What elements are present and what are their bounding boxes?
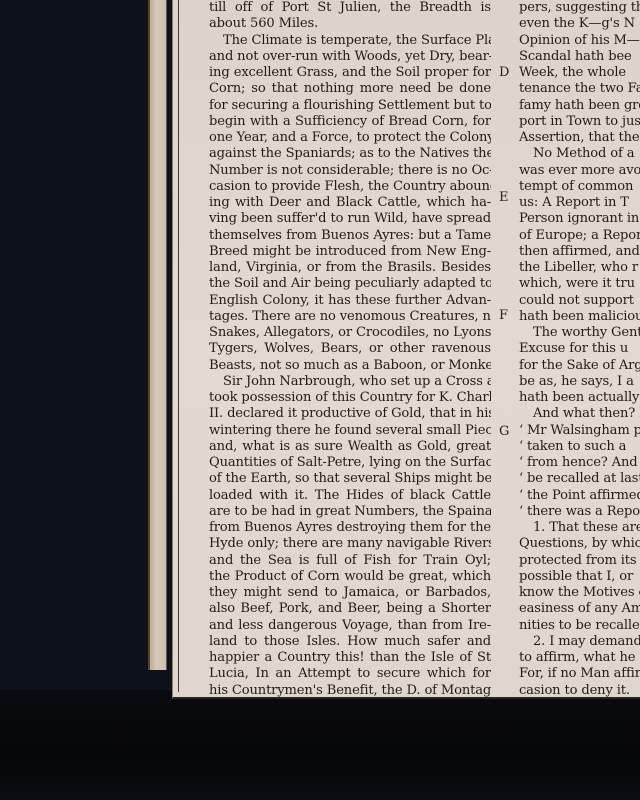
text-line: Breed might be introduced from New Eng- (209, 244, 491, 260)
text-line: Number is not considerable; there is no … (209, 163, 491, 179)
text-line: to affirm, what he c (519, 650, 640, 666)
margin-marker-d: D (499, 65, 509, 80)
text-line: tempt of common (519, 179, 640, 195)
text-line: ‘ there was a Report (519, 504, 640, 520)
margin-marker-g: G (499, 424, 509, 439)
text-line: from Buenos Ayres destroying them for th… (209, 520, 491, 536)
margin-marker-f: F (499, 308, 508, 323)
text-line: tages. There are no venomous Creatures, … (209, 309, 491, 325)
text-line: ‘ taken to such a (519, 439, 640, 455)
text-line: ‘ from hence? And (519, 455, 640, 471)
text-line: the Product of Corn would be great, whic… (209, 569, 491, 585)
text-line: hath been maliciousl (519, 309, 640, 325)
text-line: For, if no Man affir (519, 666, 640, 682)
text-line: of the Earth, so that several Ships migh… (209, 471, 491, 487)
text-line: English Colony, it has these further Adv… (209, 293, 491, 309)
text-line: loaded with it. The Hides of black Cattl… (209, 488, 491, 504)
text-line: themselves from Buenos Ayres: but a Tame (209, 228, 491, 244)
text-line: and, what is as sure Wealth as Gold, gre… (209, 439, 491, 455)
text-line: about 560 Miles. (209, 16, 491, 32)
text-line: 2. I may demand o (519, 634, 640, 650)
text-line: his Countrymen's Benefit, the D. of Mont… (209, 683, 491, 699)
text-line: protected from its d (519, 553, 640, 569)
text-line: possible that I, or (519, 569, 640, 585)
text-line: wintering there he found several small P… (209, 423, 491, 439)
newspaper-page: till off of Port St Julien, the Breadth … (172, 0, 640, 699)
text-line: Snakes, Allegators, or Crocodiles, no Ly… (209, 325, 491, 341)
text-line: ing with Deer and Black Cattle, which ha… (209, 195, 491, 211)
text-line: hath been actually re (519, 390, 640, 406)
dark-background (0, 690, 640, 800)
text-line: Sir John Narbrough, who set up a Cross a… (209, 374, 491, 390)
text-line: Beasts, not so much as a Baboon, or Monk… (209, 358, 491, 374)
text-line: be as, he says, I a (519, 374, 640, 390)
text-line: land to those Isles. How much safer and (209, 634, 491, 650)
text-line: of Europe; a Report (519, 228, 640, 244)
text-line: Questions, by whic (519, 536, 640, 552)
text-line: Corn; so that nothing more need be done (209, 81, 491, 97)
text-line: the Libeller, who r (519, 260, 640, 276)
text-line: pers, suggesting th (519, 0, 640, 16)
text-line: Excuse for this u (519, 341, 640, 357)
text-line: know the Motives of (519, 585, 640, 601)
text-line: And what then? I (519, 406, 640, 422)
text-line: The worthy Gentl (519, 325, 640, 341)
text-line: also Beef, Pork, and Beer, being a Short… (209, 601, 491, 617)
text-line: easiness of any Amb (519, 601, 640, 617)
text-line: the Soil and Air being peculiarly adapte… (209, 276, 491, 292)
text-line: for the Sake of Arg (519, 358, 640, 374)
text-line: and the Sea is full of Fish for Train Oy… (209, 553, 491, 569)
text-line: till off of Port St Julien, the Breadth … (209, 0, 491, 16)
text-line: one Year, and a Force, to protect the Co… (209, 130, 491, 146)
text-line: famy hath been gro (519, 98, 640, 114)
text-line: ving been suffer'd to run Wild, have spr… (209, 211, 491, 227)
text-line: land, Virginia, or from the Brasils. Bes… (209, 260, 491, 276)
text-line: port in Town to justi (519, 114, 640, 130)
text-line: could not support (519, 293, 640, 309)
text-line: No Method of a (519, 146, 640, 162)
text-line: Assertion, that the (519, 130, 640, 146)
right-text-column: pers, suggesting theven the K—g's NOpini… (519, 0, 640, 699)
text-line: Hyde only; there are many navigable Rive… (209, 536, 491, 552)
text-line: Scandal hath bee (519, 49, 640, 65)
text-line: nities to be recalled. (519, 618, 640, 634)
text-line: begin with a Sufficiency of Bread Corn, … (209, 114, 491, 130)
text-line: for securing a flourishing Settlement bu… (209, 98, 491, 114)
text-line: Opinion of his M— (519, 33, 640, 49)
text-line: which, were it tru (519, 276, 640, 292)
underlying-page-edge (148, 0, 167, 670)
text-line: ‘ Mr Walsingham p (519, 423, 640, 439)
text-line: took possession of this Country for K. C… (209, 390, 491, 406)
text-line: II. declared it productive of Gold, that… (209, 406, 491, 422)
text-line: casion to provide Flesh, the Country abo… (209, 179, 491, 195)
text-line: Person ignorant in (519, 211, 640, 227)
text-line: Quantities of Salt-Petre, lying on the S… (209, 455, 491, 471)
margin-marker-e: E (499, 190, 509, 205)
text-line: 1. That these are (519, 520, 640, 536)
text-line: Lucia, In an Attempt to secure which for (209, 666, 491, 682)
left-text-column: till off of Port St Julien, the Breadth … (209, 0, 491, 699)
text-line: Week, the whole (519, 65, 640, 81)
text-line: and not over-run with Woods, yet Dry, be… (209, 49, 491, 65)
text-line: us: A Report in T (519, 195, 640, 211)
text-line: happier a Country this! than the Isle of… (209, 650, 491, 666)
page-border-rule (178, 0, 179, 692)
text-line: was ever more avou (519, 163, 640, 179)
text-line: tenance the two Fa (519, 81, 640, 97)
text-line: they might send to Jamaica, or Barbados, (209, 585, 491, 601)
text-line: then affirmed, and (519, 244, 640, 260)
text-line: ing excellent Grass, and the Soil proper… (209, 65, 491, 81)
text-line: are to be had in great Numbers, the Spai… (209, 504, 491, 520)
text-line: against the Spaniards; as to the Natives… (209, 146, 491, 162)
text-line: ‘ the Point affirmed (519, 488, 640, 504)
text-line: casion to deny it. (519, 683, 640, 699)
text-line: ‘ be recalled at last, (519, 471, 640, 487)
text-line: and less dangerous Voyage, than from Ire… (209, 618, 491, 634)
text-line: Tygers, Wolves, Bears, or other ravenous (209, 341, 491, 357)
text-line: The Climate is temperate, the Surface Pl… (209, 33, 491, 49)
text-line: even the K—g's N (519, 16, 640, 32)
